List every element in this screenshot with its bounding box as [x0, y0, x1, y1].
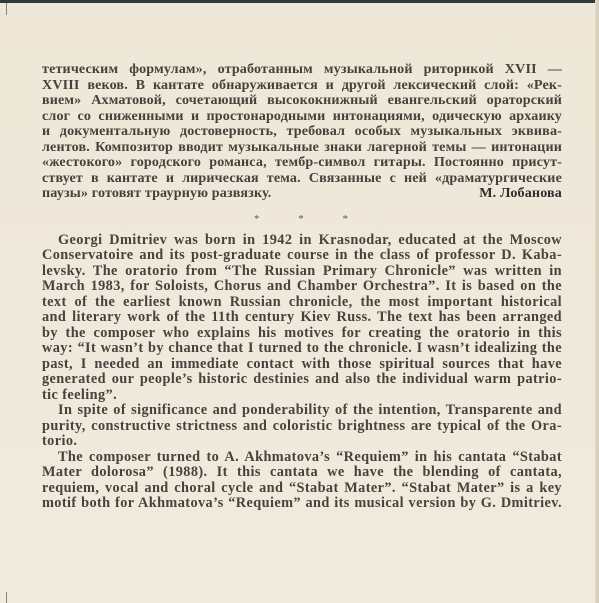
- text-line: way: “It wasn’t by chance that I turned …: [42, 341, 562, 357]
- final-line-with-signature: паузы» готовят траурную развязку. М. Лоб…: [42, 186, 562, 202]
- text-line: Mater dolorosa” (1988). It this cantata …: [42, 465, 562, 481]
- text-line: motif both for Akhmatova’s “Requiem” and…: [42, 496, 562, 512]
- text-line: тетическим формулам», отработанным музык…: [42, 62, 562, 78]
- scanned-page: тетическим формулам», отработанным музык…: [0, 0, 599, 603]
- text-line: torio.: [42, 434, 562, 450]
- text-line: generated our people’s historic destinie…: [42, 372, 562, 388]
- russian-text-section: тетическим формулам», отработанным музык…: [42, 62, 562, 202]
- paragraph-characteristics: In spite of significance and ponderabili…: [42, 403, 562, 450]
- text-line: text of the earliest known Russian chron…: [42, 295, 562, 311]
- text-line: Conservatoire and its post-graduate cour…: [42, 248, 562, 264]
- text-line: XVIII веков. В кантате обнаруживается и …: [42, 78, 562, 94]
- text-line: ствует в кантате и лирическая тема. Связ…: [42, 171, 562, 187]
- text-line: слог со сниженными и простонародными инт…: [42, 109, 562, 125]
- text-line: In spite of significance and ponderabili…: [42, 403, 562, 419]
- text-line: Georgi Dmitriev was born in 1942 in Kras…: [42, 233, 562, 249]
- page-right-edge: [595, 0, 599, 603]
- english-text-section: Georgi Dmitriev was born in 1942 in Kras…: [42, 233, 562, 512]
- paragraph-cantata: The composer turned to A. Akhmatova’s “R…: [42, 450, 562, 512]
- text-line: purity, constructive strictness and colo…: [42, 419, 562, 435]
- text-line: паузы» готовят траурную развязку.: [42, 186, 271, 202]
- text-line: tic feeling”.: [42, 388, 562, 404]
- page-content: тетическим формулам», отработанным музык…: [42, 62, 562, 512]
- text-line: by the composer who explains his motives…: [42, 326, 562, 342]
- text-line: The composer turned to A. Akhmatova’s “R…: [42, 450, 562, 466]
- section-separator-stars: * * *: [42, 213, 562, 227]
- text-line: «жестокого» городского романса, тембр-си…: [42, 155, 562, 171]
- author-signature: М. Лобанова: [479, 186, 562, 202]
- text-line: levsky. The oratorio from “The Russian P…: [42, 264, 562, 280]
- page-top-edge: [0, 0, 599, 3]
- text-line: March 1983, for Soloists, Chorus and Cha…: [42, 279, 562, 295]
- crop-mark-top: [6, 3, 7, 15]
- text-line: вием» Ахматовой, сочетающий высококнижны…: [42, 93, 562, 109]
- crop-mark-bottom: [6, 592, 7, 603]
- paragraph-biography: Georgi Dmitriev was born in 1942 in Kras…: [42, 233, 562, 404]
- text-line: past, I needed an immediate contact with…: [42, 357, 562, 373]
- text-line: requiem, vocal and choral cycle and “Sta…: [42, 481, 562, 497]
- text-line: и документальную достоверность, требовал…: [42, 124, 562, 140]
- text-line: and literary work of the 11th century Ki…: [42, 310, 562, 326]
- text-line: лентов. Композитор вводит музыкальные зн…: [42, 140, 562, 156]
